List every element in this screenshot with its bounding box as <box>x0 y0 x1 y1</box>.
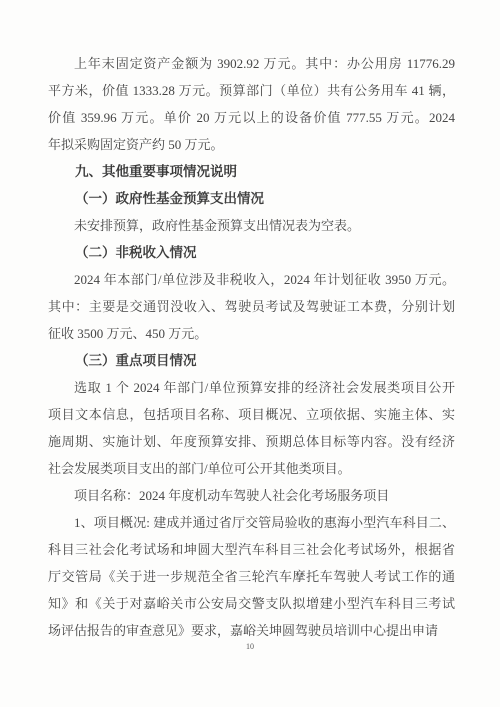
document-body: 上年末固定资产金额为 3902.92 万元。其中：办公用房 11776.29平方… <box>48 50 455 644</box>
page-number: 10 <box>0 641 500 653</box>
text-line: 九、其他重要事项情况说明 <box>48 158 455 185</box>
text-line: （二）非税收入情况 <box>48 239 455 266</box>
text-line: 平方米，价值 1333.28 万元。预算部门（单位）共有公务用车 41 辆， <box>48 77 455 104</box>
text-line: 项目文本信息，包括项目名称、项目概况、立项依据、实施主体、实 <box>48 401 455 428</box>
text-line: 价值 359.96 万元。单价 20 万元以上的设备价值 777.55 万元。2… <box>48 104 455 131</box>
text-line: 知》和《关于对嘉峪关市公安局交警支队拟增建小型汽车科目三考试 <box>48 590 455 617</box>
text-line: 选取 1 个 2024 年部门/单位预算安排的经济社会发展类项目公开 <box>48 374 455 401</box>
text-line: 厅交管局《关于进一步规范全省三轮汽车摩托车驾驶人考试工作的通 <box>48 563 455 590</box>
text-line: 项目名称：2024 年度机动车驾驶人社会化考场服务项目 <box>48 482 455 509</box>
text-line: 年拟采购固定资产约 50 万元。 <box>48 131 455 158</box>
text-line: 1、项目概况: 建成并通过省厅交管局验收的惠海小型汽车科目二、 <box>48 509 455 536</box>
text-line: 2024 年本部门/单位涉及非税收入，2024 年计划征收 3950 万元。 <box>48 266 455 293</box>
text-line: 未安排预算，政府性基金预算支出情况表为空表。 <box>48 212 455 239</box>
text-line: 场评估报告的审查意见》要求，嘉峪关坤圆驾驶员培训中心提出申请 <box>48 617 455 644</box>
text-line: 征收 3500 万元、450 万元。 <box>48 320 455 347</box>
text-line: 上年末固定资产金额为 3902.92 万元。其中：办公用房 11776.29 <box>48 50 455 77</box>
text-line: 施周期、实施计划、年度预算安排、预期总体目标等内容。没有经济 <box>48 428 455 455</box>
text-line: （一）政府性基金预算支出情况 <box>48 185 455 212</box>
text-line: 其中：主要是交通罚没收入、驾驶员考试及驾驶证工本费，分别计划 <box>48 293 455 320</box>
text-line: 社会发展类项目支出的部门/单位可公开其他类项目。 <box>48 455 455 482</box>
text-line: （三）重点项目情况 <box>48 347 455 374</box>
text-line: 科目三社会化考试场和坤圆大型汽车科目三社会化考试场外，根据省 <box>48 536 455 563</box>
document-page: 上年末固定资产金额为 3902.92 万元。其中：办公用房 11776.29平方… <box>0 0 500 707</box>
